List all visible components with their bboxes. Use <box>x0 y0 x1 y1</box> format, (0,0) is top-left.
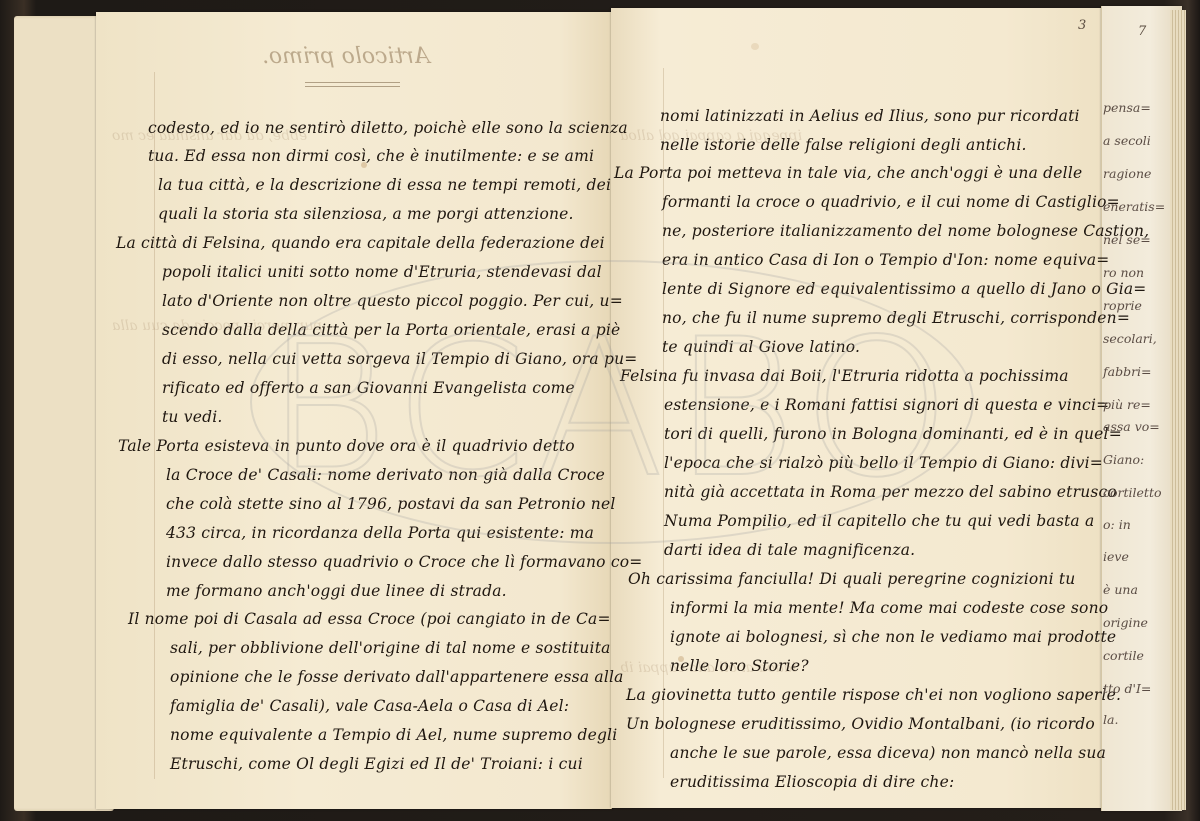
text-line: Etruschi, come Ol degli Egizi ed Il de' … <box>170 755 583 773</box>
fragment-line: ieve <box>1103 549 1129 564</box>
page-number: 3 <box>1078 18 1086 33</box>
fragment-line: ragione <box>1103 166 1151 181</box>
text-line: la tua città, e la descrizione di essa n… <box>158 176 611 194</box>
paragraph-start-line: Il nome poi di Casala ad essa Croce (poi… <box>128 610 611 628</box>
text-line: eruditissima Elioscopia di dire che: <box>670 773 954 791</box>
text-line: l'epoca che si rialzò più bello il Tempi… <box>664 454 1103 472</box>
paragraph-start-line: Felsina fu invasa dai Boii, l'Etruria ri… <box>620 367 1069 385</box>
text-line: lato d'Oriente non oltre questo piccol p… <box>162 292 623 310</box>
fragment-line: secolari, <box>1103 331 1157 346</box>
text-line: scendo dalla della città per la Porta or… <box>162 321 620 339</box>
text-line: tu vedi. <box>162 408 222 426</box>
paragraph-start-line: Oh carissima fanciulla! Di quali peregri… <box>628 570 1076 588</box>
fragment-line: roprie <box>1103 298 1142 313</box>
fragment-line: cortiletto <box>1103 485 1162 500</box>
text-line: te quindi al Giove latino. <box>662 338 860 356</box>
text-line: popoli italici uniti sotto nome d'Etruri… <box>162 263 602 281</box>
text-line: darti idea di tale magnificenza. <box>664 541 915 559</box>
page-edges <box>1170 10 1186 810</box>
text-line: famiglia de' Casali), vale Casa-Aela o C… <box>170 697 569 715</box>
text-line: anche le sue parole, essa diceva) non ma… <box>670 744 1106 762</box>
text-line: estensione, e i Romani fattisi signori d… <box>664 396 1109 414</box>
fragment-line: Giano: <box>1103 452 1144 467</box>
text-line: nomi latinizzati in Aelius ed Ilius, son… <box>660 107 1080 125</box>
text-line: Numa Pompilio, ed il capitello che tu qu… <box>664 512 1094 530</box>
text-line: la Croce de' Casali: nome derivato non g… <box>166 466 605 484</box>
fragment-line: nel se= <box>1103 232 1151 247</box>
fragment-line: fabbri= <box>1103 364 1152 379</box>
text-line: quali la storia sta silenziosa, a me por… <box>158 205 574 223</box>
paragraph-start-line: La città di Felsina, quando era capitale… <box>116 234 605 252</box>
foxing-spot <box>751 43 759 50</box>
next-page-number: 7 <box>1138 24 1146 39</box>
fragment-line: o: in <box>1103 517 1131 532</box>
fragment-line: cortile <box>1103 648 1144 663</box>
text-line: ne, posteriore italianizzamento del nome… <box>662 222 1149 240</box>
text-line: nelle istorie delle false religioni degl… <box>660 136 1027 154</box>
heading-bleed-through: Articolo primo. <box>256 44 436 69</box>
fragment-line: eneratis= <box>1103 199 1165 214</box>
text-line: tori di quelli, furono in Bologna domina… <box>664 425 1122 443</box>
text-line: rificato ed offerto a san Giovanni Evang… <box>162 379 575 397</box>
text-line: tua. Ed essa non dirmi così, che è inuti… <box>148 147 594 165</box>
margin-rule <box>154 72 155 779</box>
text-line: nome equivalente a Tempio di Ael, nume s… <box>170 726 617 744</box>
text-line: lente di Signore ed equivalentissimo a q… <box>662 280 1147 298</box>
text-line: informi la mia mente! Ma come mai codest… <box>670 599 1108 617</box>
paragraph-start-line: La Porta poi metteva in tale via, che an… <box>614 164 1082 182</box>
text-line: codesto, ed io ne sentirò diletto, poich… <box>148 119 628 137</box>
text-line: invece dallo stesso quadrivio o Croce ch… <box>166 553 642 571</box>
fragment-line: è una <box>1103 582 1138 597</box>
text-line: formanti la croce o quadrivio, e il cui … <box>662 193 1120 211</box>
fragment-line: ro non <box>1103 265 1144 280</box>
fragment-line: a secoli <box>1103 133 1151 148</box>
fragment-line: pensa= <box>1103 100 1151 115</box>
paragraph-start-line: Tale Porta esisteva in punto dove ora è … <box>118 437 575 455</box>
text-line: nelle loro Storie? <box>670 657 809 675</box>
fragment-line: assa vo= <box>1103 419 1160 434</box>
text-line: ignote ai bolognesi, sì che non le vedia… <box>670 628 1116 646</box>
text-line: opinione che le fosse derivato dall'appa… <box>170 668 624 686</box>
text-line: nità già accettata in Roma per mezzo del… <box>664 483 1117 501</box>
fragment-line: origine <box>1103 615 1148 630</box>
text-line: no, che fu il nume supremo degli Etrusch… <box>662 309 1130 327</box>
text-line: che colà stette sino al 1796, postavi da… <box>166 495 616 513</box>
fragment-line: più re= <box>1103 397 1151 412</box>
text-line: era in antico Casa di Ion o Tempio d'Ion… <box>662 251 1109 269</box>
fragment-line: tto d'I= <box>1103 681 1151 696</box>
text-line: me formano anch'oggi due linee di strada… <box>166 582 507 600</box>
text-line: di esso, nella cui vetta sorgeva il Temp… <box>162 350 637 368</box>
paragraph-start-line: Un bolognese eruditissimo, Ovidio Montal… <box>626 715 1095 733</box>
heading-underline <box>305 82 400 87</box>
text-line: sali, per obblivione dell'origine di tal… <box>170 639 611 657</box>
text-line: 433 circa, in ricordanza della Porta qui… <box>166 524 594 542</box>
fragment-line: la. <box>1103 712 1118 727</box>
paragraph-start-line: La giovinetta tutto gentile rispose ch'e… <box>626 686 1121 704</box>
